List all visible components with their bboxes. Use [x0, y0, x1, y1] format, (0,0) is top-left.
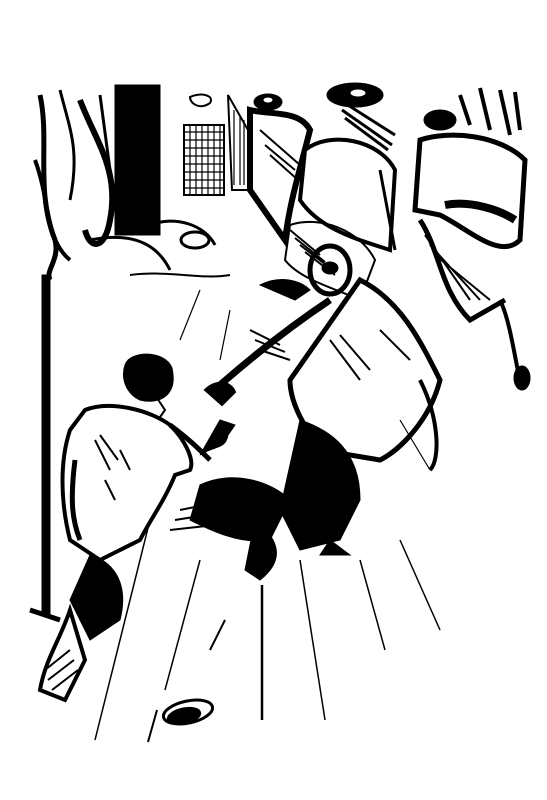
grated-window [184, 95, 248, 195]
background-wall [35, 85, 230, 280]
fallen-hat [148, 696, 215, 742]
illustration [0, 0, 547, 800]
deck-shadow [170, 280, 310, 541]
ink-drawing [0, 0, 547, 800]
